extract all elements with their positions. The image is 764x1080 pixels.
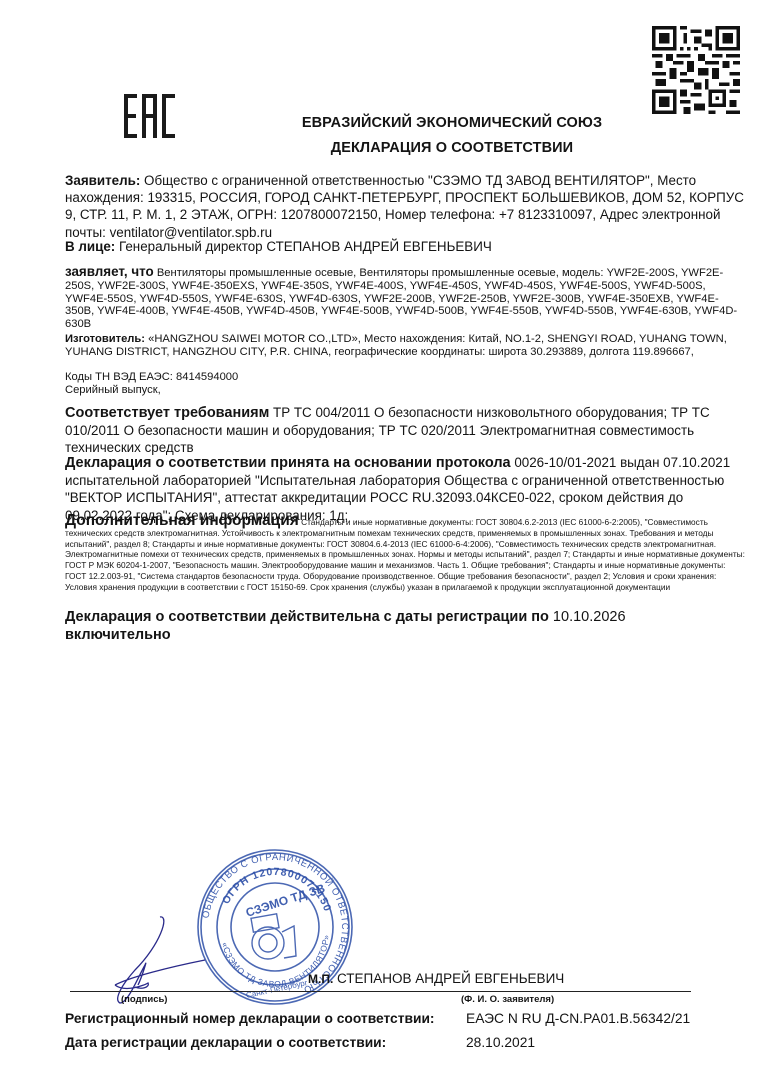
- additional-info-section: Дополнительная информация Стандарты и ин…: [65, 516, 745, 593]
- registration-number-value: ЕАЭС N RU Д-CN.PA01.B.56342/21: [466, 1011, 690, 1026]
- person-label: В лице:: [65, 239, 115, 254]
- fio-caption: (Ф. И. О. заявителя): [461, 994, 554, 1005]
- conforms-section: Соответствует требованиям ТР ТС 004/2011…: [65, 404, 745, 457]
- person-section: В лице: Генеральный директор СТЕПАНОВ АН…: [65, 238, 745, 255]
- signature-caption: (подпись): [121, 994, 167, 1005]
- validity-date: 10.10.2026: [549, 609, 626, 625]
- additional-info-text: Стандарты и иные нормативные документы: …: [65, 517, 745, 592]
- serial-production: Серийный выпуск,: [65, 384, 745, 397]
- signer-name: СТЕПАНОВ АНДРЕЙ ЕВГЕНЬЕВИЧ: [337, 971, 564, 986]
- qr-code-icon[interactable]: [652, 25, 740, 115]
- validity-suffix: включительно: [65, 627, 171, 643]
- hs-codes: Коды ТН ВЭД ЕАЭС: 8414594000: [65, 371, 745, 384]
- registration-number-label: Регистрационный номер декларации о соотв…: [65, 1011, 435, 1026]
- registration-date-label: Дата регистрации декларации о соответств…: [65, 1035, 386, 1050]
- conforms-label: Соответствует требованиям: [65, 405, 269, 421]
- declares-label: заявляет, что: [65, 264, 154, 279]
- applicant-text: Общество с ограниченной ответственностью…: [65, 173, 744, 240]
- seal-place-label: М.П.: [308, 972, 333, 986]
- union-title: ЕВРАЗИЙСКИЙ ЭКОНОМИЧЕСКИЙ СОЮЗ: [0, 115, 764, 131]
- name-line: [258, 991, 691, 992]
- protocol-label: Декларация о соответствии принята на осн…: [65, 455, 511, 471]
- product-models: Вентиляторы промышленные осевые, Вентиля…: [65, 267, 737, 330]
- manufacturer-text: «HANGZHOU SAIWEI MOTOR CO.,LTD», Место н…: [65, 333, 727, 358]
- signature-line: [70, 991, 270, 992]
- declares-section: заявляет, что Вентиляторы промышленные о…: [65, 266, 745, 331]
- manufacturer-label: Изготовитель:: [65, 333, 145, 345]
- applicant-label: Заявитель:: [65, 173, 140, 188]
- document-title: ДЕКЛАРАЦИЯ О СООТВЕТСТВИИ: [0, 140, 764, 156]
- registration-date-value: 28.10.2021: [466, 1035, 535, 1050]
- applicant-section: Заявитель: Общество с ограниченной ответ…: [65, 172, 745, 241]
- validity-section: Декларация о соответствии действительна …: [65, 608, 745, 644]
- person-text: Генеральный директор СТЕПАНОВ АНДРЕЙ ЕВГ…: [115, 239, 492, 254]
- validity-label: Декларация о соответствии действительна …: [65, 609, 549, 625]
- additional-info-label: Дополнительная информация: [65, 512, 299, 529]
- manufacturer-section: Изготовитель: «HANGZHOU SAIWEI MOTOR CO.…: [65, 333, 745, 359]
